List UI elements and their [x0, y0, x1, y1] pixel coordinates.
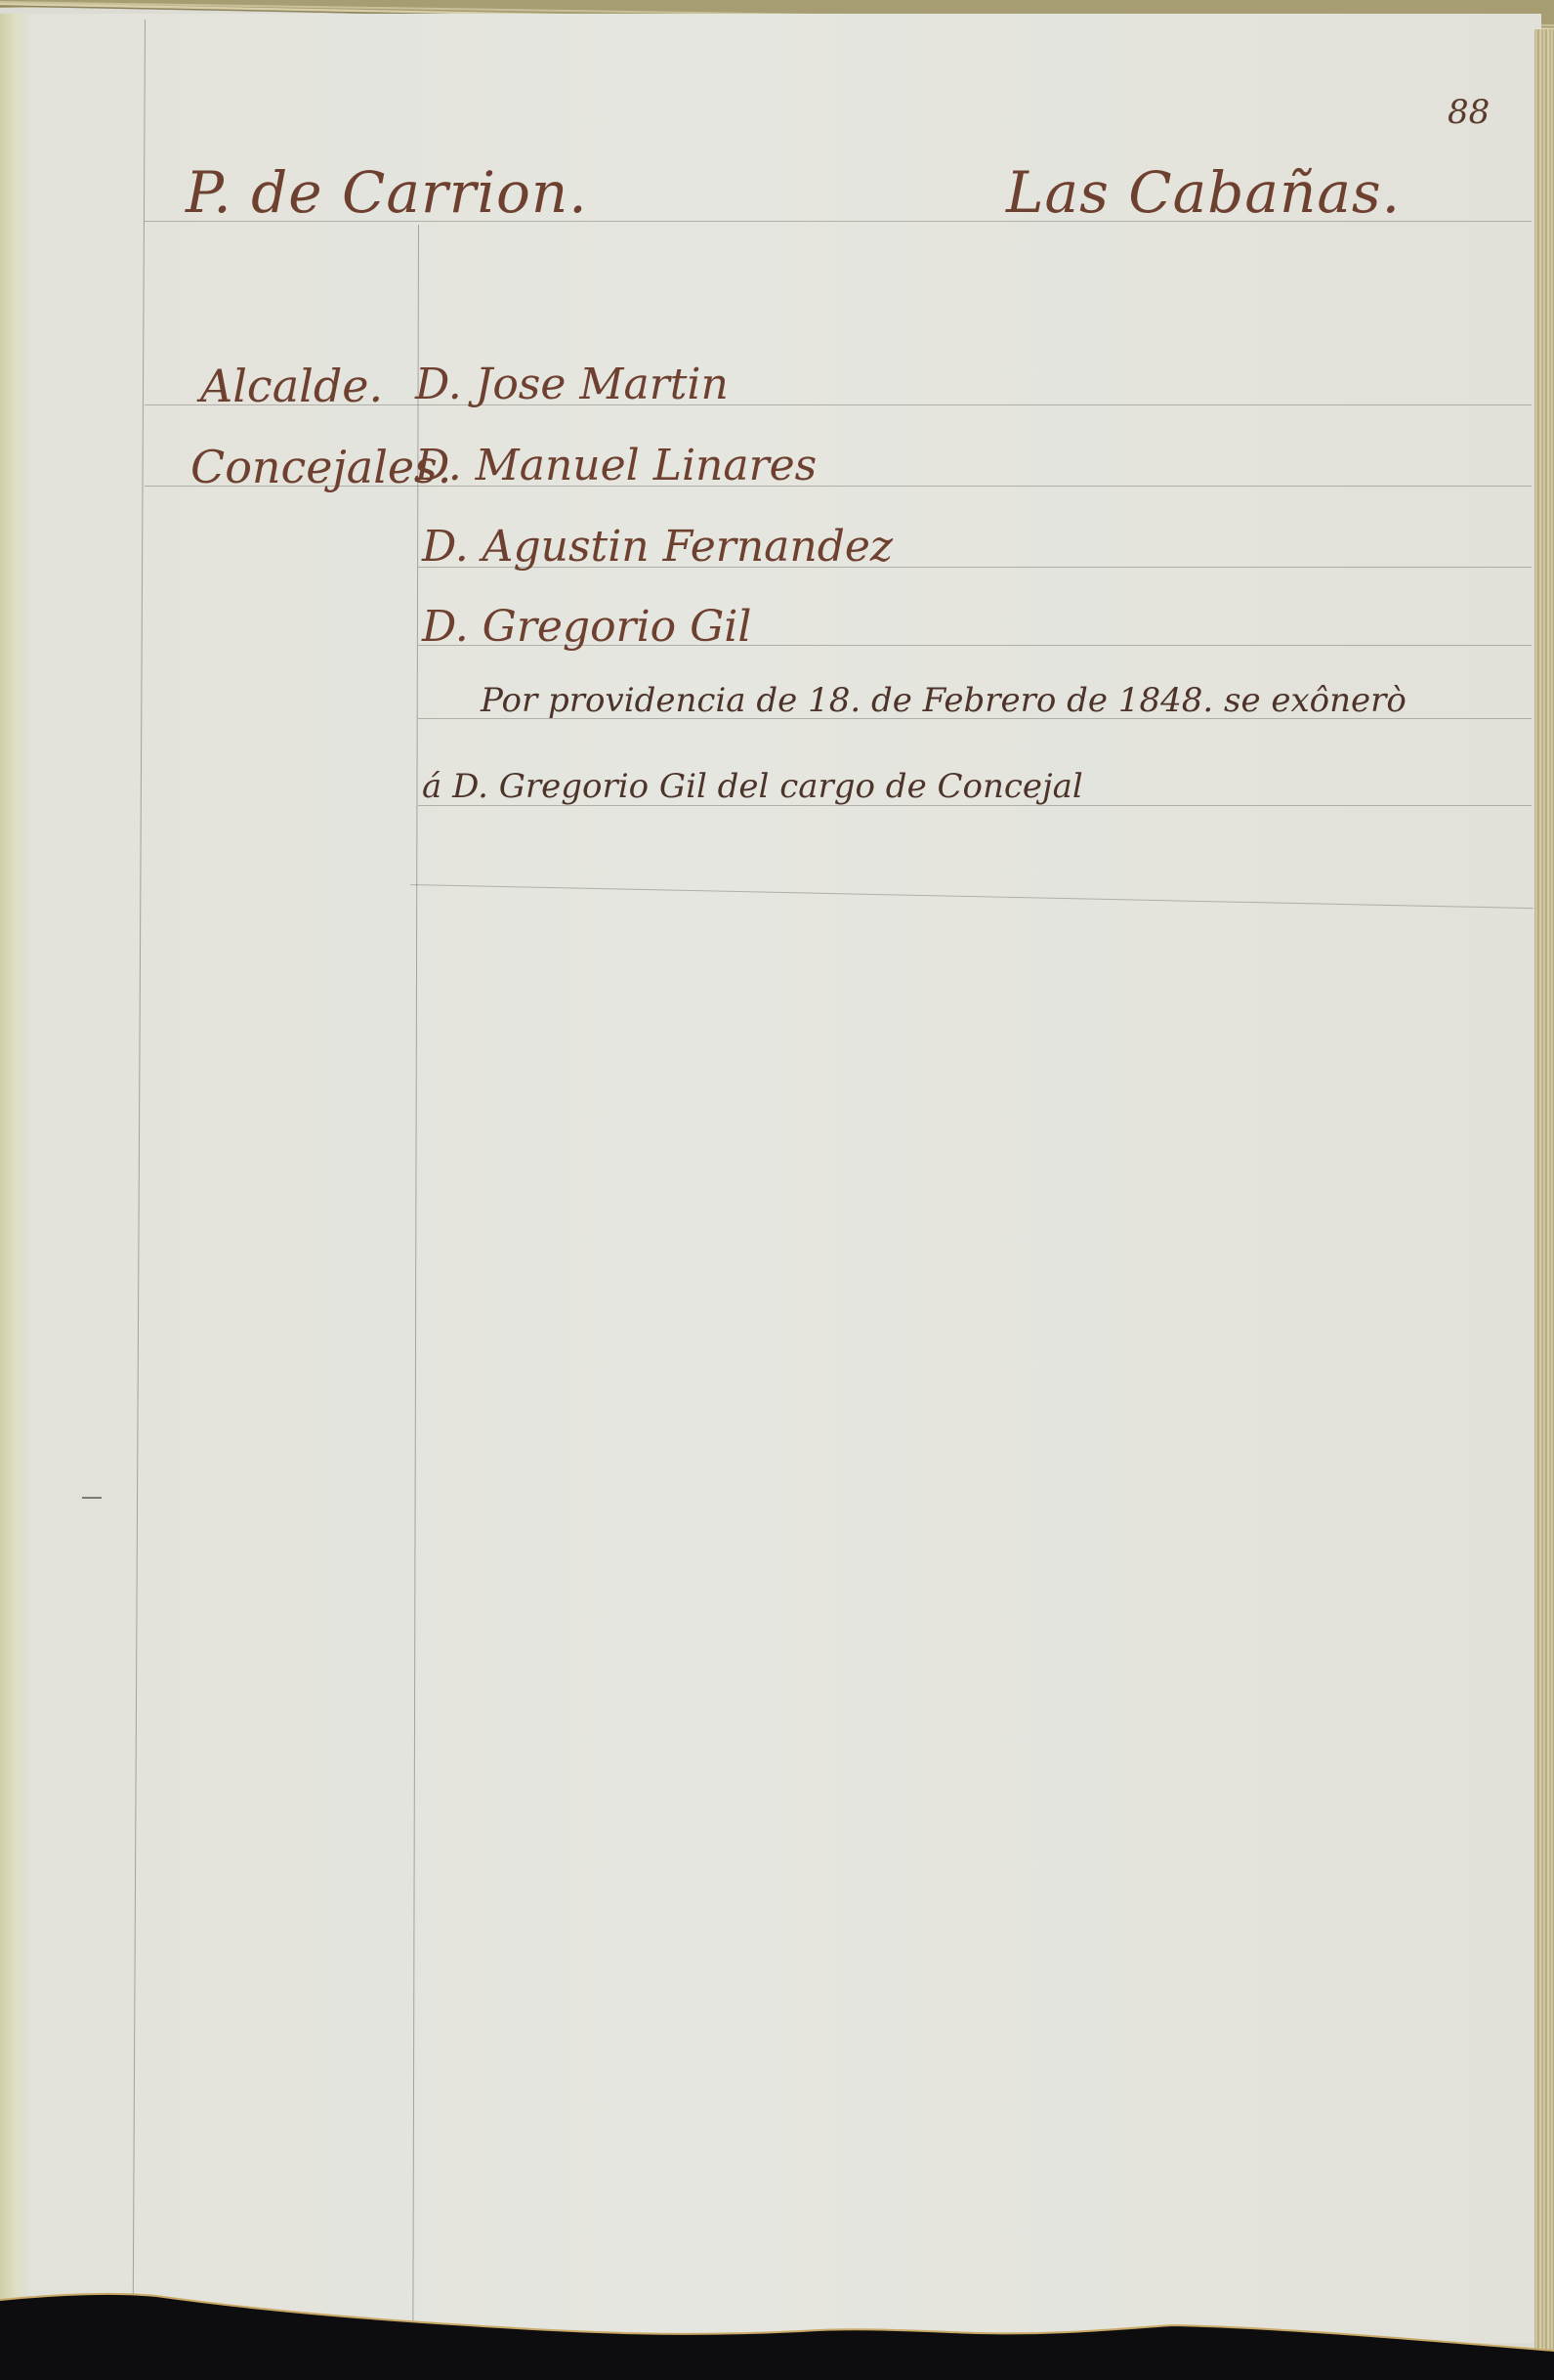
official-name: D. Agustin Fernandez [422, 526, 893, 569]
role-alcalde: Alcalde. [200, 363, 383, 408]
official-name: D. Jose Martin [415, 363, 729, 406]
header-right-title: Las Cabañas. [1006, 164, 1401, 221]
header-left-title: P. de Carrion. [186, 164, 588, 221]
note-line-1: Por providencia de 18. de Febrero de 184… [481, 684, 1407, 717]
binding-edge [0, 14, 27, 2329]
official-name: D. Gregorio Gil [422, 606, 751, 649]
page-stack-right-edge [1534, 29, 1554, 2355]
scan-background-bottom [0, 2292, 1554, 2380]
official-name: D. Manuel Linares [415, 445, 817, 488]
margin-dash-mark [82, 1497, 102, 1499]
note-line-2: á D. Gregorio Gil del cargo de Concejal [422, 770, 1083, 803]
role-concejales: Concejales. [190, 445, 451, 489]
page-number: 88 [1448, 96, 1490, 129]
manuscript-page: 88 P. de Carrion. Las Cabañas. Alcalde. … [0, 0, 1554, 2380]
